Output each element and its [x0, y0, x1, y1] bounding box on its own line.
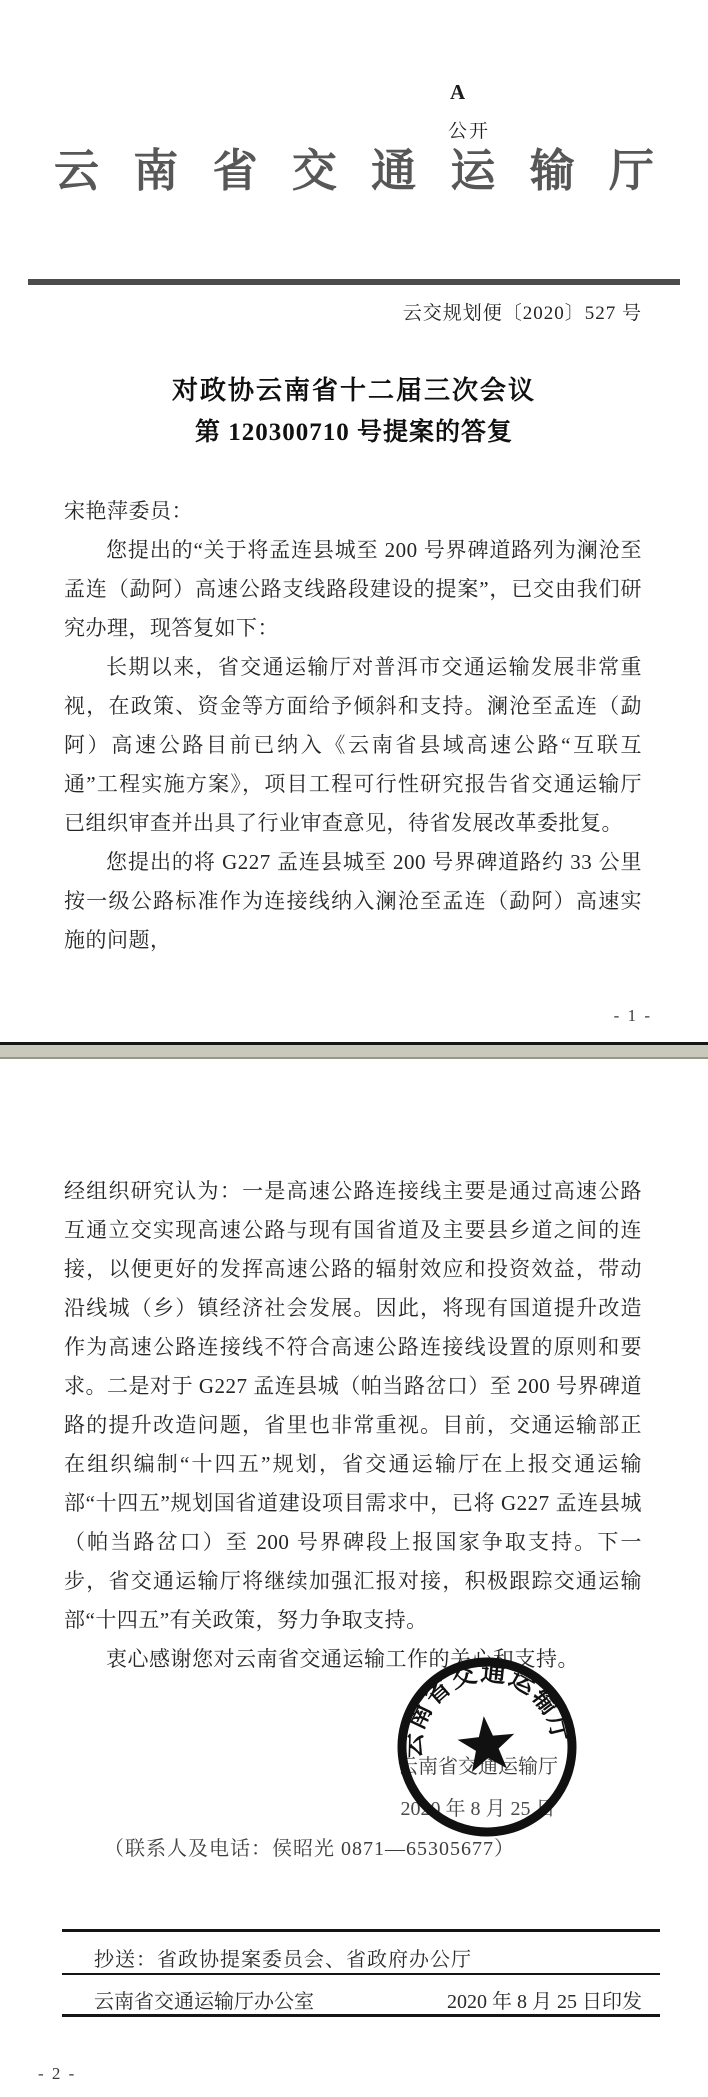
document-title-line2: 第 120300710 号提案的答复: [0, 412, 708, 448]
document-title-line1: 对政协云南省十二届三次会议: [0, 370, 708, 407]
body-paragraph: 您提出的“关于将孟连县城至 200 号界碑道路列为澜沧至孟连（勐阿）高速公路支线…: [64, 531, 642, 648]
page-break-band: [0, 1042, 708, 1059]
page2-body: 经组织研究认为：一是高速公路连接线主要是通过高速公路互通立交实现高速公路与现有国…: [64, 1172, 642, 1679]
issuing-office: 云南省交通运输厅办公室: [94, 1985, 314, 2014]
issuer-row: 云南省交通运输厅办公室 2020 年 8 月 25 日印发: [94, 1985, 642, 2014]
page1-body: 宋艳萍委员： 您提出的“关于将孟连县城至 200 号界碑道路列为澜沧至孟连（勐阿…: [64, 492, 642, 960]
page-break-edge-bottom: [0, 1057, 708, 1059]
page1-number: - 1 -: [614, 1006, 652, 1026]
official-seal-stamp-icon: 云南省交通运输厅: [394, 1654, 580, 1840]
body-paragraph: 您提出的将 G227 孟连县城至 200 号界碑道路约 33 公里按一级公路标准…: [64, 843, 642, 960]
salutation: 宋艳萍委员：: [64, 492, 642, 531]
cc-divider-middle: [62, 1973, 660, 1975]
cc-divider-bottom: [62, 2014, 660, 2017]
document-number: 云交规划便〔2020〕527 号: [403, 298, 642, 325]
body-paragraph-continuation: 经组织研究认为：一是高速公路连接线主要是通过高速公路互通立交实现高速公路与现有国…: [64, 1172, 642, 1640]
cc-recipients: 抄送：省政协提案委员会、省政府办公厅: [94, 1943, 472, 1972]
scanned-document: A 公开 云南省交通运输厅 云交规划便〔2020〕527 号 对政协云南省十二届…: [0, 0, 708, 2097]
page2-number: - 2 -: [38, 2064, 76, 2084]
cc-divider-top: [62, 1929, 660, 1932]
seal-star-icon: [455, 1713, 517, 1773]
agency-letterhead-title: 云南省交通运输厅: [54, 143, 654, 199]
page-break-gap: [0, 1045, 708, 1057]
issue-date: 2020 年 8 月 25 日印发: [447, 1985, 642, 2014]
publicity-mark: 公开: [448, 116, 490, 143]
classification-mark: A: [450, 80, 465, 105]
letterhead-rule: [28, 279, 680, 285]
contact-line: （联系人及电话：侯昭光 0871—65305677）: [104, 1832, 515, 1861]
body-paragraph: 长期以来，省交通运输厅对普洱市交通运输发展非常重视，在政策、资金等方面给予倾斜和…: [64, 648, 642, 843]
